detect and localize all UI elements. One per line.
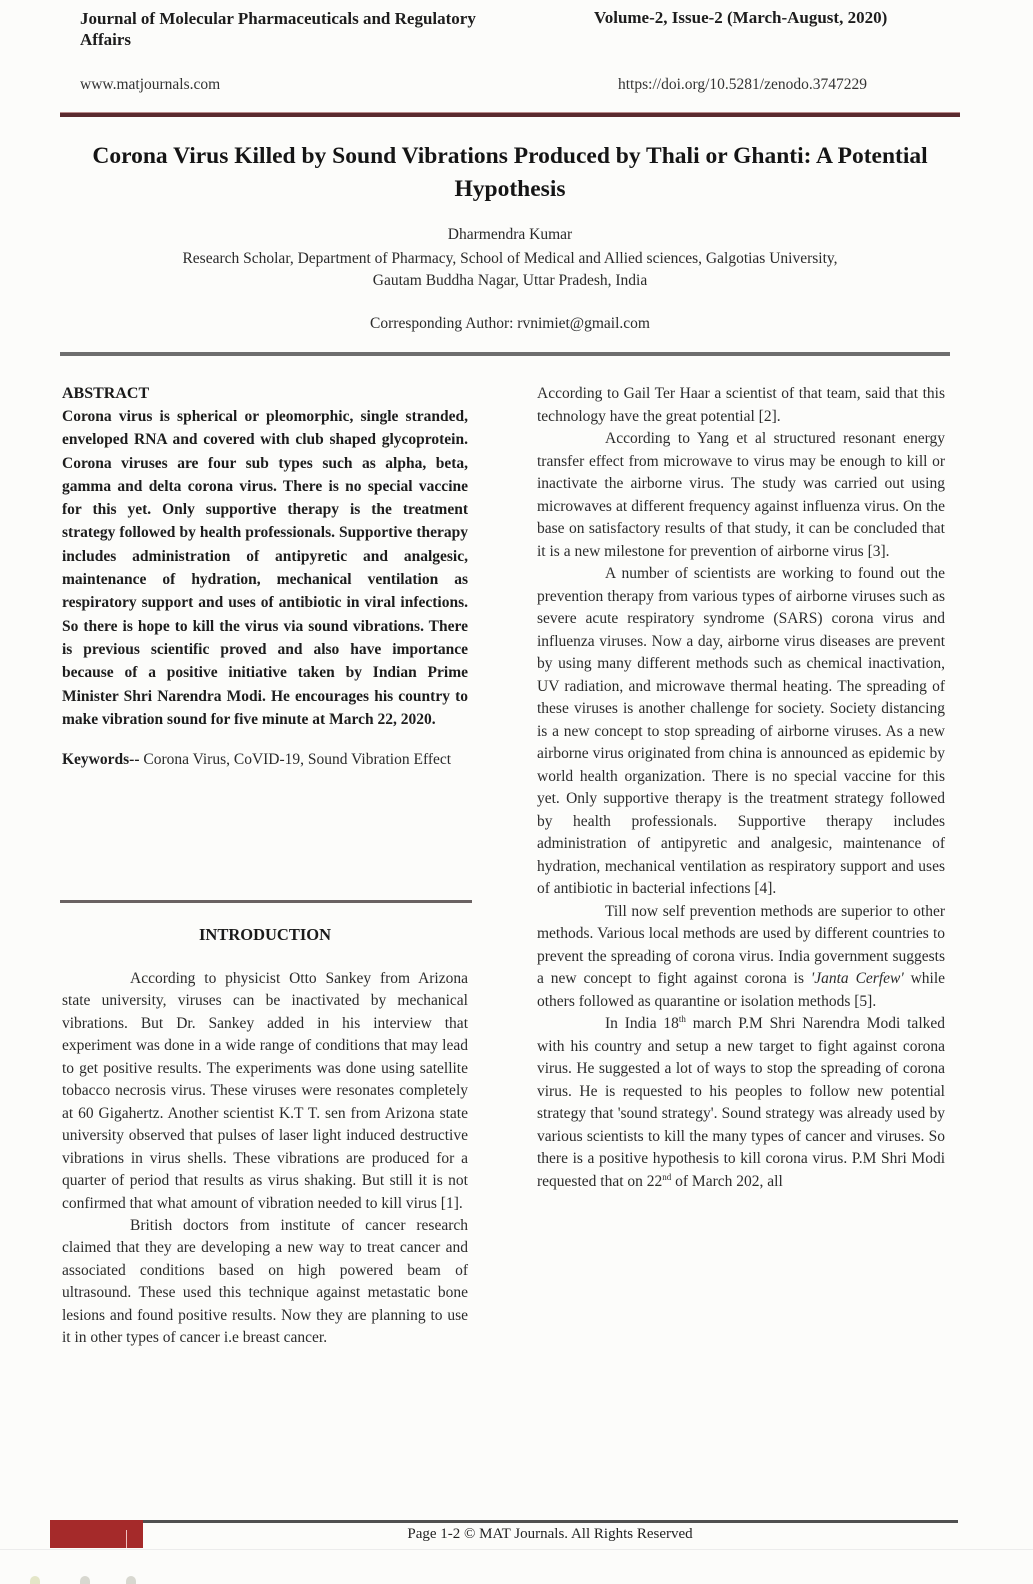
volume-issue: Volume-2, Issue-2 (March-August, 2020)	[594, 8, 887, 28]
body-paragraph: According to Yang et al structured reson…	[537, 428, 945, 563]
text-run: In India 18	[605, 1015, 679, 1032]
paper-page: Journal of Molecular Pharmaceuticals and…	[0, 0, 1033, 1584]
footer-page-tab	[50, 1520, 143, 1548]
scan-edge-line	[0, 1549, 1033, 1550]
ordinal-suffix: th	[679, 1014, 686, 1024]
abstract-text: Corona virus is spherical or pleomorphic…	[62, 405, 468, 731]
keywords: Keywords-- Corona Virus, CoVID-19, Sound…	[62, 748, 468, 771]
body-paragraph: A number of scientists are working to fo…	[537, 563, 945, 901]
text-run: march P.M Shri Narendra Modi talked with…	[537, 1015, 945, 1190]
scan-artifacts	[30, 1576, 150, 1584]
intro-paragraph: British doctors from institute of cancer…	[62, 1215, 468, 1350]
keywords-label: Keywords--	[62, 751, 140, 768]
author-name: Dharmendra Kumar	[60, 226, 960, 244]
body-paragraph: According to Gail Ter Haar a scientist o…	[537, 383, 945, 428]
right-column: According to Gail Ter Haar a scientist o…	[537, 383, 945, 1193]
affiliation-line-1: Research Scholar, Department of Pharmacy…	[60, 248, 960, 270]
ordinal-suffix: nd	[662, 1172, 671, 1182]
journal-website-link[interactable]: www.matjournals.com	[80, 76, 220, 94]
header-divider	[60, 112, 960, 117]
keywords-list: Corona Virus, CoVID-19, Sound Vibration …	[143, 751, 451, 768]
abstract-section: ABSTRACT Corona virus is spherical or pl…	[62, 383, 468, 771]
footer-divider	[50, 1520, 958, 1523]
body-paragraph: In India 18th march P.M Shri Narendra Mo…	[537, 1013, 945, 1193]
intro-paragraph: According to physicist Otto Sankey from …	[62, 968, 468, 1215]
introduction-body: According to physicist Otto Sankey from …	[62, 968, 468, 1350]
page-number-mark	[126, 1530, 127, 1548]
body-paragraph: Till now self prevention methods are sup…	[537, 901, 945, 1014]
author-affiliation: Research Scholar, Department of Pharmacy…	[60, 248, 960, 292]
corresponding-author: Corresponding Author: rvnimiet@gmail.com	[60, 315, 960, 333]
introduction-heading: INTRODUCTION	[62, 925, 468, 945]
abstract-heading: ABSTRACT	[62, 383, 468, 405]
abstract-divider	[60, 900, 472, 903]
janta-curfew-term: 'Janta Cerfew'	[811, 970, 904, 987]
title-divider	[60, 352, 950, 356]
journal-name: Journal of Molecular Pharmaceuticals and…	[80, 8, 500, 50]
text-run: of March 202, all	[671, 1173, 782, 1190]
doi-link[interactable]: https://doi.org/10.5281/zenodo.3747229	[618, 76, 867, 94]
affiliation-line-2: Gautam Buddha Nagar, Uttar Pradesh, Indi…	[60, 270, 960, 292]
paper-title: Corona Virus Killed by Sound Vibrations …	[60, 140, 960, 206]
footer-copyright: Page 1-2 © MAT Journals. All Rights Rese…	[340, 1526, 760, 1543]
